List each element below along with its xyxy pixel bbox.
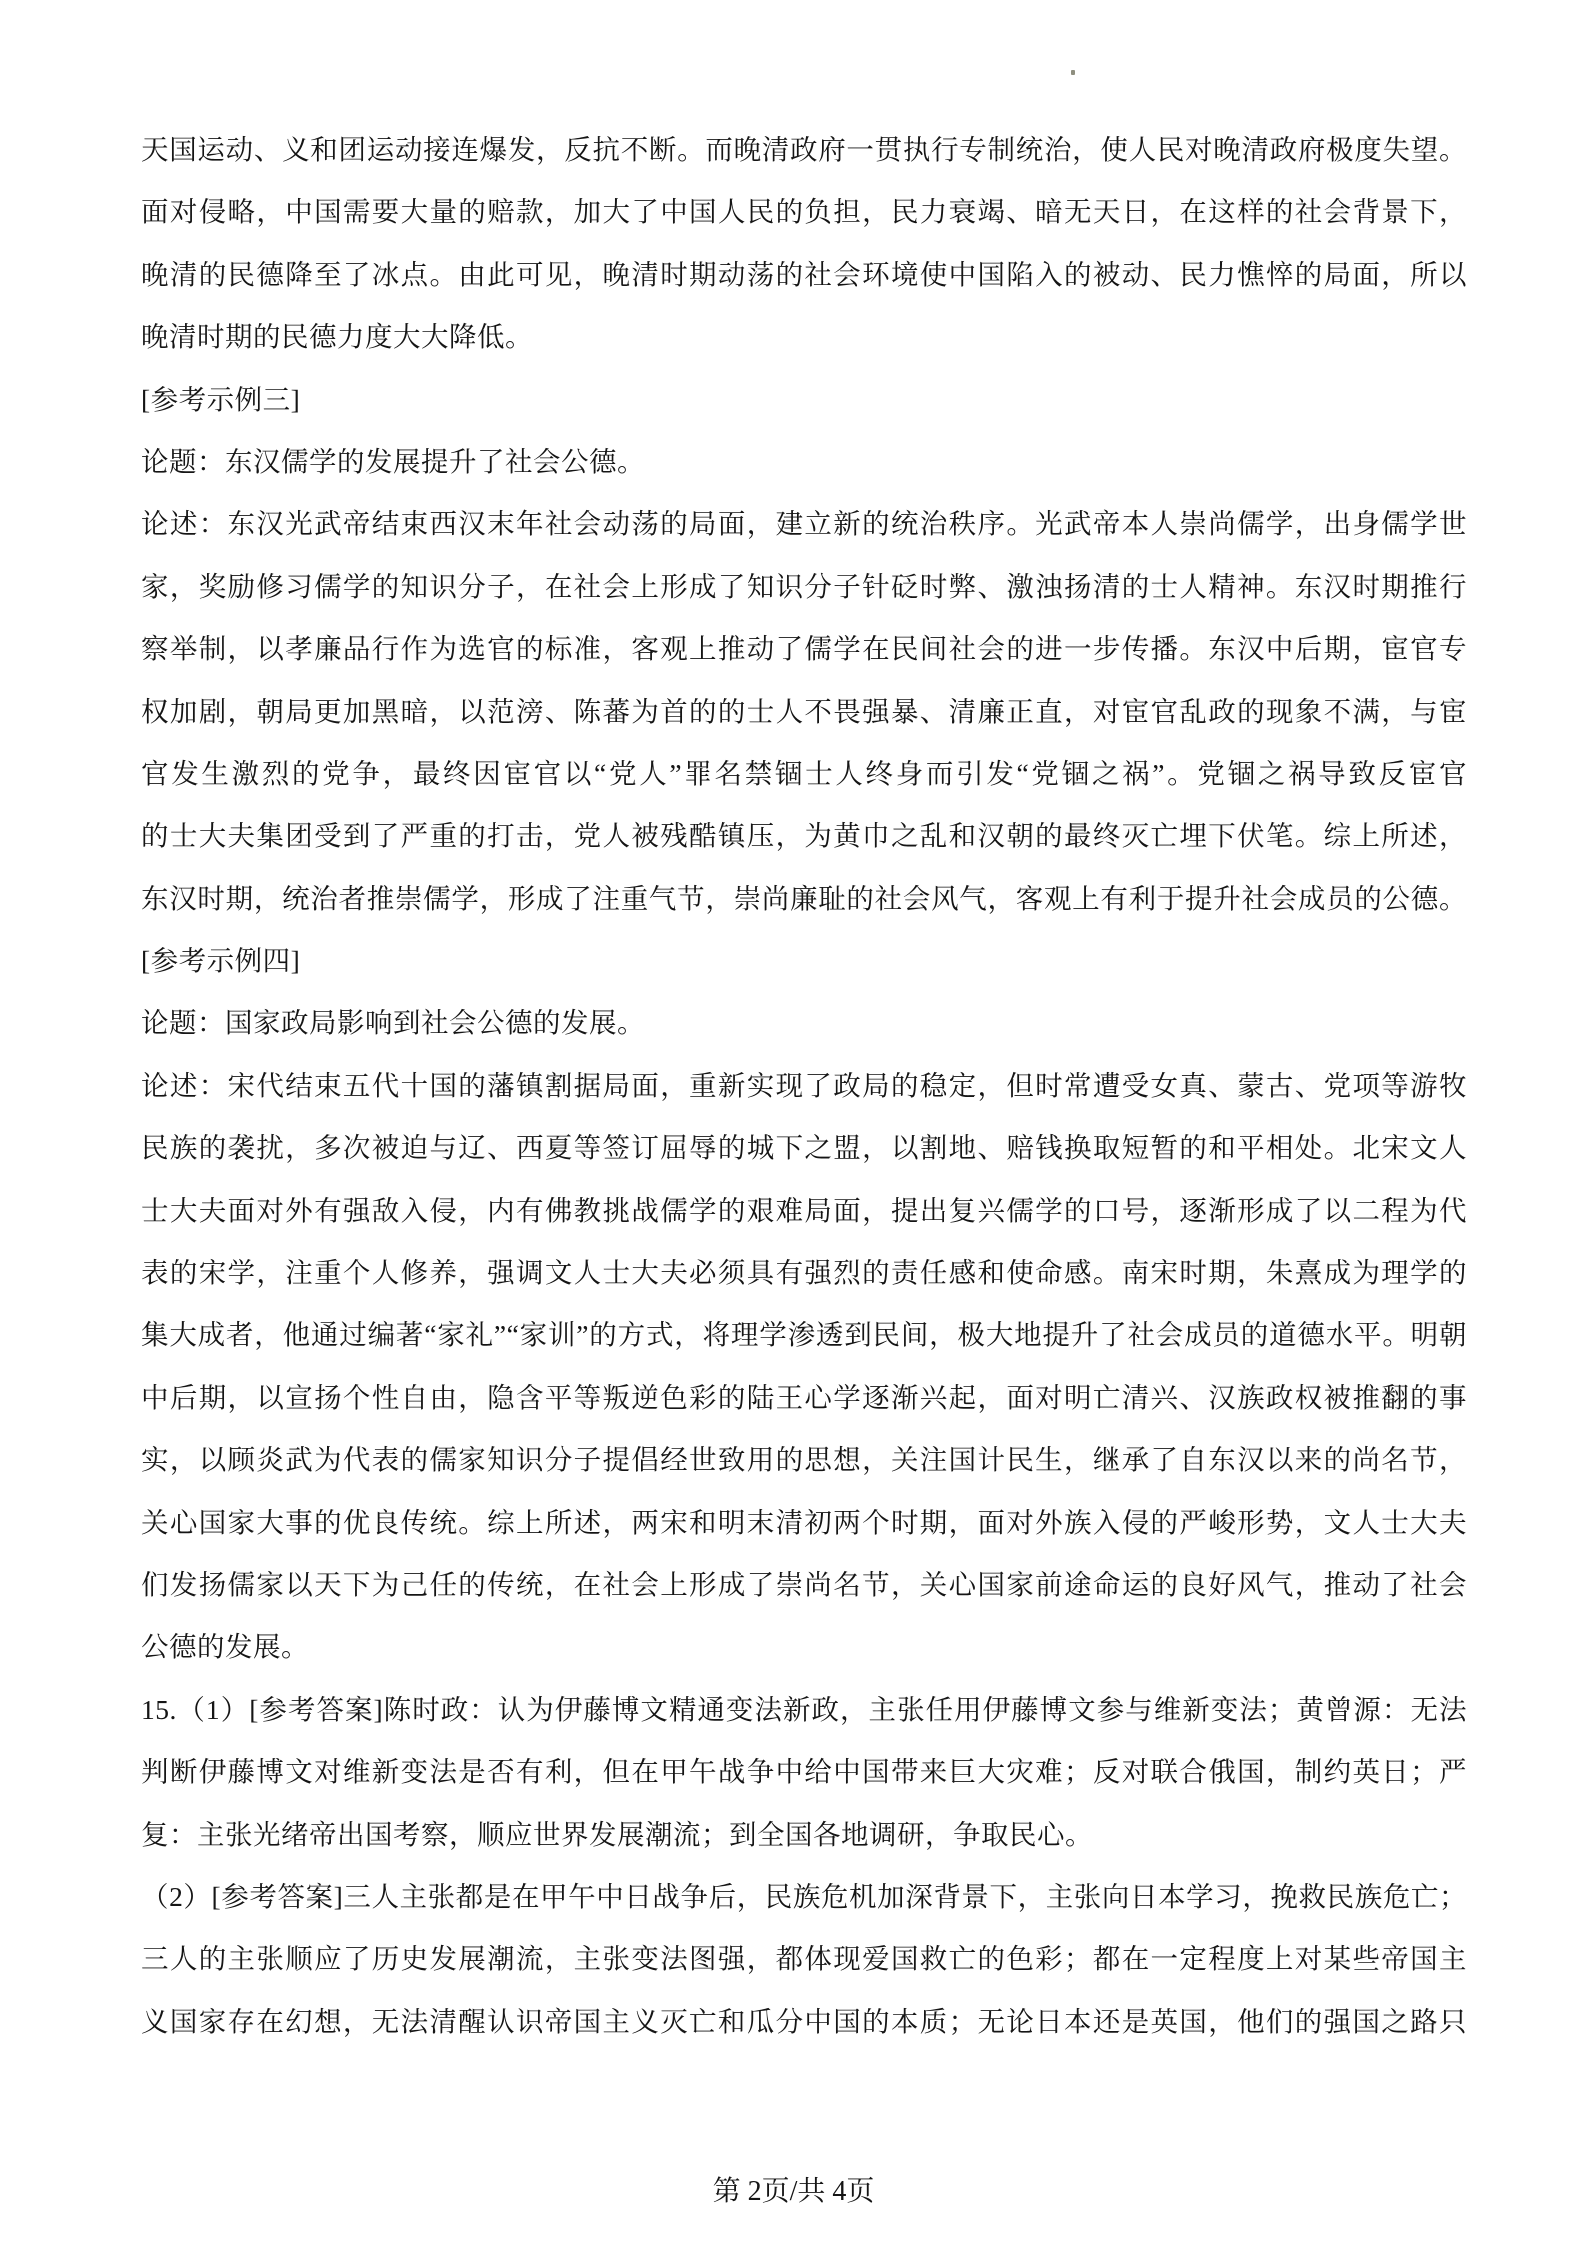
answer-line-q15-1: 15.（1）[参考答案]陈时政：认为伊藤博文精通变法新政，主张任用伊藤博文参与维… xyxy=(141,1679,1467,1741)
answer-line-q15-2: （2）[参考答案]三人主张都是在甲午中日战争后，民族危机加深背景下，主张向日本学… xyxy=(141,1866,1467,1928)
text-line: 论述：宋代结束五代十国的藩镇割据局面，重新实现了政局的稳定，但时常遭受女真、蒙古… xyxy=(141,1055,1467,1117)
text-line: 判断伊藤博文对维新变法是否有利，但在甲午战争中给中国带来巨大灾难；反对联合俄国，… xyxy=(141,1741,1467,1803)
text-line: 天国运动、义和团运动接连爆发，反抗不断。而晚清政府一贯执行专制统治，使人民对晚清… xyxy=(141,119,1467,181)
text-line: 义国家存在幻想，无法清醒认识帝国主义灭亡和瓜分中国的本质；无论日本还是英国，他们… xyxy=(141,1991,1467,2053)
document-body: 天国运动、义和团运动接连爆发，反抗不断。而晚清政府一贯执行专制统治，使人民对晚清… xyxy=(141,119,1467,2053)
text-line: 实，以顾炎武为代表的儒家知识分子提倡经世致用的思想，关注国计民生，继承了自东汉以… xyxy=(141,1429,1467,1491)
text-line: 察举制，以孝廉品行作为选官的标准，客观上推动了儒学在民间社会的进一步传播。东汉中… xyxy=(141,618,1467,680)
thesis-line: 论题：东汉儒学的发展提升了社会公德。 xyxy=(141,431,1467,493)
text-line: 表的宋学，注重个人修养，强调文人士大夫必须具有强烈的责任感和使命感。南宋时期，朱… xyxy=(141,1242,1467,1304)
thesis-line: 论题：国家政局影响到社会公德的发展。 xyxy=(141,992,1467,1054)
document-page: 天国运动、义和团运动接连爆发，反抗不断。而晚清政府一贯执行专制统治，使人民对晚清… xyxy=(0,0,1587,2245)
text-line: 家，奖励修习儒学的知识分子，在社会上形成了知识分子针砭时弊、激浊扬清的士人精神。… xyxy=(141,556,1467,618)
text-line: 东汉时期，统治者推崇儒学，形成了注重气节，崇尚廉耻的社会风气，客观上有利于提升社… xyxy=(141,868,1467,930)
text-line: 三人的主张顺应了历史发展潮流，主张变法图强，都体现爱国救亡的色彩；都在一定程度上… xyxy=(141,1928,1467,1990)
page-footer: 第 2页/共 4页 xyxy=(0,2172,1587,2212)
text-line: 公德的发展。 xyxy=(141,1616,1467,1678)
section-heading: [参考示例三] xyxy=(141,369,1467,431)
text-line: 面对侵略，中国需要大量的赔款，加大了中国人民的负担，民力衰竭、暗无天日，在这样的… xyxy=(141,181,1467,243)
text-line: 们发扬儒家以天下为己任的传统，在社会上形成了崇尚名节，关心国家前途命运的良好风气… xyxy=(141,1554,1467,1616)
text-line: 关心国家大事的优良传统。综上所述，两宋和明末清初两个时期，面对外族入侵的严峻形势… xyxy=(141,1492,1467,1554)
text-line: 晚清时期的民德力度大大降低。 xyxy=(141,306,1467,368)
text-line: 复：主张光绪帝出国考察，顺应世界发展潮流；到全国各地调研，争取民心。 xyxy=(141,1804,1467,1866)
text-line: 民族的袭扰，多次被迫与辽、西夏等签订屈辱的城下之盟，以割地、赔钱换取短暂的和平相… xyxy=(141,1117,1467,1179)
text-line: 集大成者，他通过编著“家礼”“家训”的方式，将理学渗透到民间，极大地提升了社会成… xyxy=(141,1304,1467,1366)
scan-artifact-dot xyxy=(1071,70,1075,75)
text-line: 晚清的民德降至了冰点。由此可见，晚清时期动荡的社会环境使中国陷入的被动、民力憔悴… xyxy=(141,244,1467,306)
text-line: 士大夫面对外有强敌入侵，内有佛教挑战儒学的艰难局面，提出复兴儒学的口号，逐渐形成… xyxy=(141,1180,1467,1242)
text-line: 官发生激烈的党争，最终因宦官以“党人”罪名禁锢士人终身而引发“党锢之祸”。党锢之… xyxy=(141,743,1467,805)
text-line: 的士大夫集团受到了严重的打击，党人被残酷镇压，为黄巾之乱和汉朝的最终灭亡埋下伏笔… xyxy=(141,805,1467,867)
text-line: 论述：东汉光武帝结束西汉末年社会动荡的局面，建立新的统治秩序。光武帝本人崇尚儒学… xyxy=(141,493,1467,555)
text-line: 中后期，以宣扬个性自由，隐含平等叛逆色彩的陆王心学逐渐兴起，面对明亡清兴、汉族政… xyxy=(141,1367,1467,1429)
text-line: 权加剧，朝局更加黑暗，以范滂、陈蕃为首的的士人不畏强暴、清廉正直，对宦官乱政的现… xyxy=(141,681,1467,743)
section-heading: [参考示例四] xyxy=(141,930,1467,992)
